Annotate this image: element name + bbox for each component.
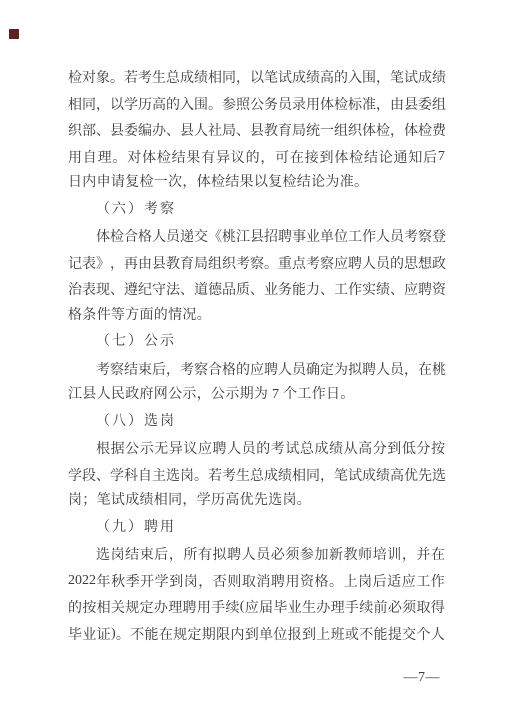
text-line: 选岗结束后，所有拟聘人员必须参加新教师培训，并在 [68, 541, 445, 568]
section-heading: （七）公示 [68, 329, 445, 356]
section-heading: （六）考察 [68, 197, 445, 224]
text-line: 日内申请复检一次，体检结果以复检结论为准。 [68, 170, 445, 197]
text-line: 记表》，再由县教育局组织考察。重点考察应聘人员的思想政 [68, 250, 445, 277]
text-line: 江县人民政府网公示，公示期为 7 个工作日。 [68, 382, 445, 409]
page-number: —7— [404, 670, 441, 686]
text-line: 检对象。若考生总成绩相同，以笔试成绩高的入围，笔试成绩 [68, 64, 445, 91]
text-line: 学段、学科自主选岗。若考生总成绩相同，笔试成绩高优先选 [68, 462, 445, 489]
section-heading: （八）选岗 [68, 409, 445, 436]
text-line: 2022年秋季开学到岗，否则取消聘用资格。上岗后适应工作 [68, 568, 445, 595]
text-column: 检对象。若考生总成绩相同，以笔试成绩高的入围，笔试成绩相同，以学历高的入围。参照… [68, 64, 445, 647]
section-heading: （九）聘用 [68, 515, 445, 542]
text-line: 相同，以学历高的入围。参照公务员录用体检标准，由县委组 [68, 91, 445, 118]
text-line: 岗；笔试成绩相同，学历高优先选岗。 [68, 488, 445, 515]
text-line: 考察结束后，考察合格的应聘人员确定为拟聘人员，在桃 [68, 356, 445, 383]
red-stamp-marker [9, 29, 19, 39]
text-line: 根据公示无异议应聘人员的考试总成绩从高分到低分按 [68, 435, 445, 462]
document-page: 检对象。若考生总成绩相同，以笔试成绩高的入围，笔试成绩相同，以学历高的入围。参照… [0, 0, 512, 724]
text-line: 体检合格人员递交《桃江县招聘事业单位工作人员考察登 [68, 223, 445, 250]
text-line: 毕业证)。不能在规定期限内到单位报到上班或不能提交个人 [68, 621, 445, 648]
text-line: 用自理。对体检结果有异议的，可在接到体检结论通知后7 [68, 144, 445, 171]
text-line: 治表现、遵纪守法、道德品质、业务能力、工作实绩、应聘资 [68, 276, 445, 303]
text-line: 的按相关规定办理聘用手续(应届毕业生办理手续前必须取得 [68, 594, 445, 621]
text-line: 织部、县委编办、县人社局、县教育局统一组织体检，体检费 [68, 117, 445, 144]
text-line: 格条件等方面的情况。 [68, 303, 445, 330]
